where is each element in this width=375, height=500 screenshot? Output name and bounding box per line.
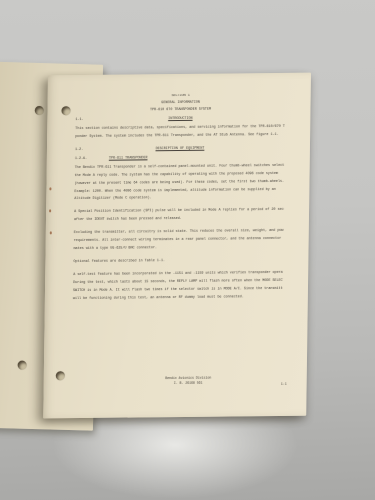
section-number: 1-2. xyxy=(75,147,83,155)
footer-org-line: I. B. 26168 561 xyxy=(90,379,287,386)
paper-speck xyxy=(49,187,51,190)
page-number: 1-1 xyxy=(281,382,287,387)
body-line: after the IDENT switch has been pressed … xyxy=(74,215,284,225)
manual-page: SECTION 1 GENERAL INFORMATION TPR-610 67… xyxy=(43,73,311,419)
header-line: TPR-610 670 TRANSPONDER SYSTEM xyxy=(75,106,285,115)
body-line: mates with a type UG-625/U BNC connector… xyxy=(74,244,284,254)
footer-organization: Bendix Avionics Division I. B. 26168 561 xyxy=(90,375,287,386)
paper-speck xyxy=(50,231,52,234)
section-title: TPR-611 TRANSPONDER xyxy=(109,155,148,163)
paragraph-self-test: A self-test feature has been incorporate… xyxy=(73,270,283,304)
body-line: Optional features are described in Table… xyxy=(73,257,283,267)
punch-hole xyxy=(56,371,65,380)
paragraph-transponder-1: The Bendix TPR-611 Transponder is a self… xyxy=(74,163,285,205)
paragraph-circuitry: Excluding the transmitter, all circuitry… xyxy=(74,228,284,254)
section-number: 1-2.A. xyxy=(75,156,87,164)
body-line: will be functioning during this test, an… xyxy=(73,293,283,303)
punch-hole xyxy=(35,106,44,115)
section-number: 1-1. xyxy=(75,117,83,125)
page-content: SECTION 1 GENERAL INFORMATION TPR-610 67… xyxy=(73,92,286,309)
body-line: Altitude Digitizer (Mode C operation). xyxy=(74,194,284,204)
page-footer: Bendix Avionics Division I. B. 26168 561… xyxy=(72,375,287,386)
punch-hole xyxy=(61,106,70,115)
photo-backdrop: SECTION 1 GENERAL INFORMATION TPR-610 67… xyxy=(0,0,375,500)
paper-speck xyxy=(49,209,51,212)
paragraph-introduction: This section contains descriptive data, … xyxy=(75,124,285,142)
page-header: SECTION 1 GENERAL INFORMATION TPR-610 67… xyxy=(75,92,285,115)
paragraph-optional-features: Optional features are described in Table… xyxy=(73,257,283,267)
body-line: ponder System. The system includes the T… xyxy=(75,132,285,142)
punch-hole xyxy=(18,361,27,370)
paragraph-spi-pulse: A Special Position Identification (SPI) … xyxy=(74,207,284,225)
